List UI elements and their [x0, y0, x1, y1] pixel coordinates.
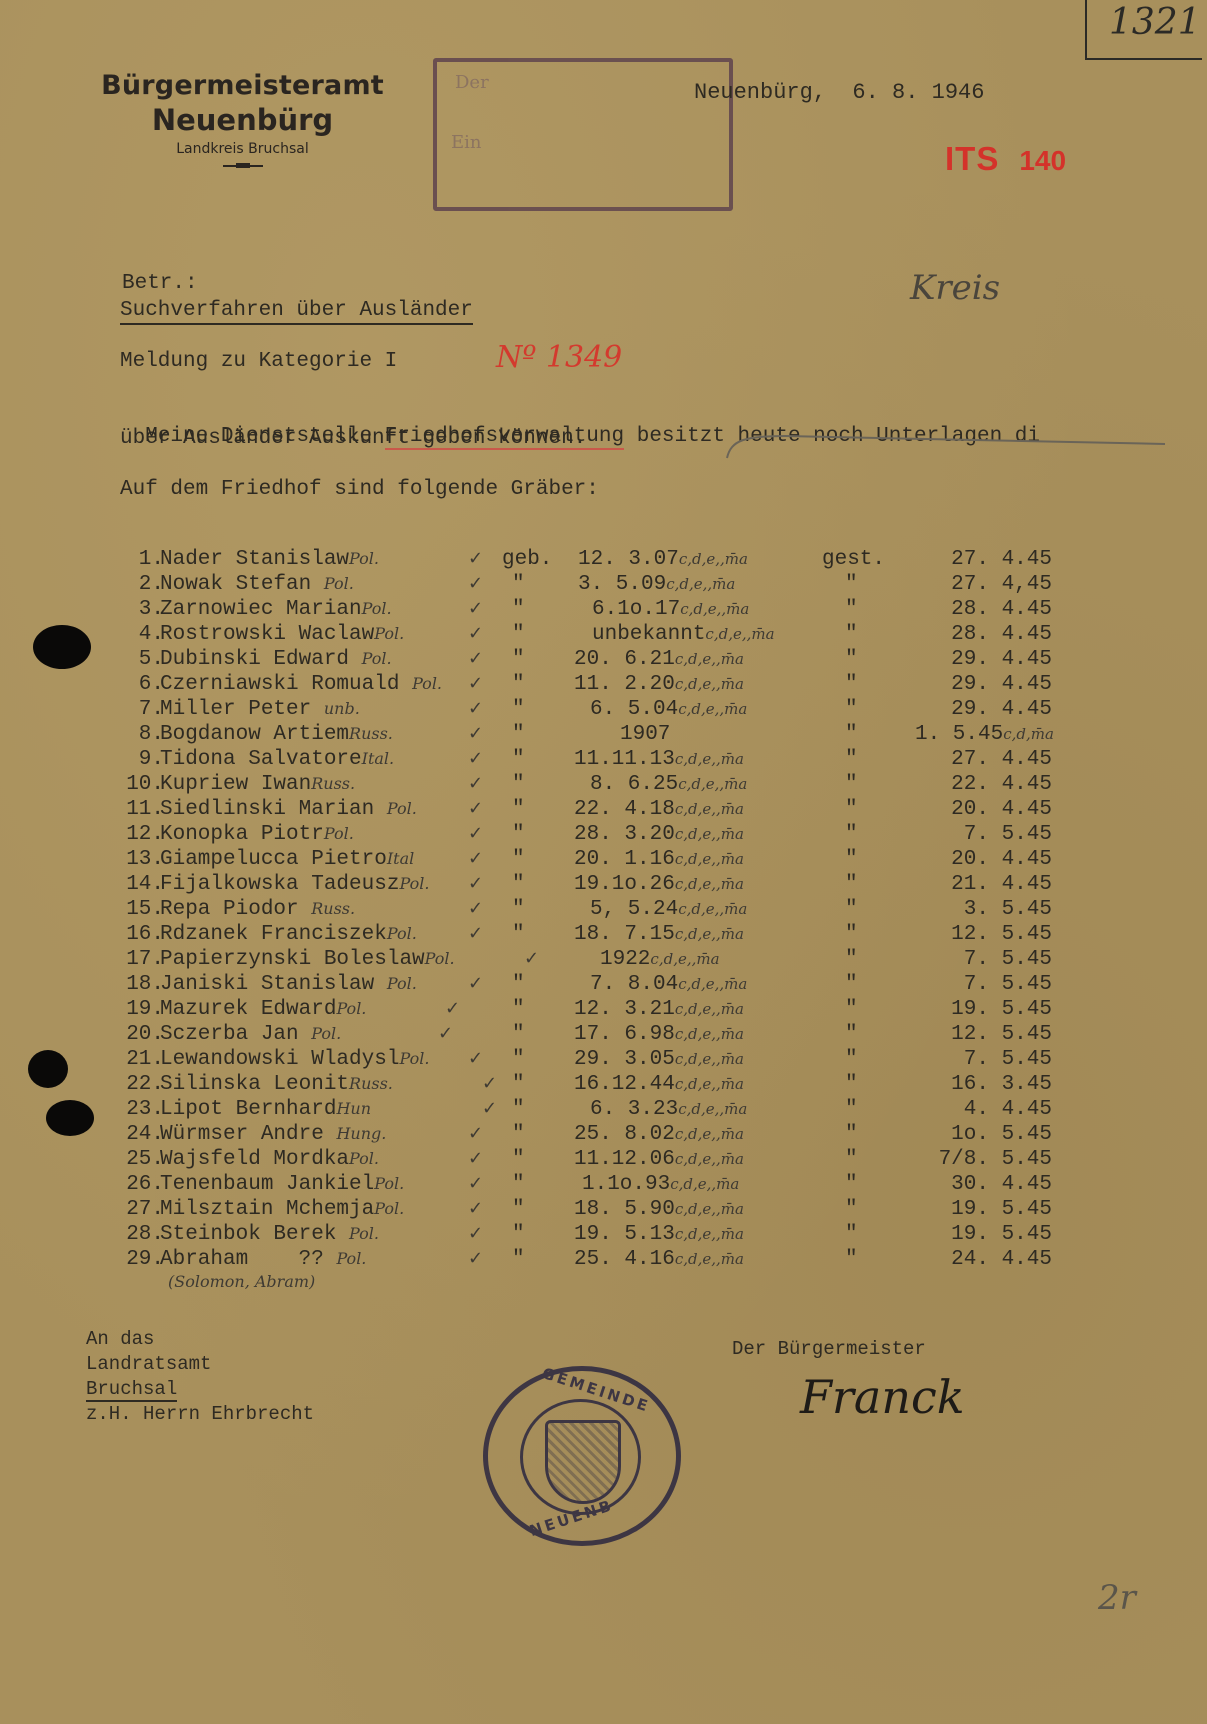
death-date: 21. 4.45: [951, 873, 1052, 896]
birth-date: 28. 3.20c,d,e,,m̄a: [574, 823, 744, 846]
grave-row: 23. Lipot BernhardHun ✓ " 6. 3.23c,d,e,,…: [0, 1098, 1207, 1123]
ditto-mark: ": [845, 973, 858, 996]
death-date: 29. 4.45: [951, 673, 1052, 696]
ditto-mark: ": [512, 748, 525, 771]
checkmark-icon: ✓: [468, 973, 483, 994]
nationality-note: Ital: [387, 849, 414, 868]
nationality-note: Pol.: [324, 574, 354, 593]
birth-date: 18. 7.15c,d,e,,m̄a: [574, 923, 744, 946]
birth-date: 1922c,d,e,,m̄a: [600, 948, 720, 971]
death-date: 12. 5.45: [951, 1023, 1052, 1046]
ditto-mark: ": [512, 998, 525, 1021]
its-label: ITS: [945, 140, 999, 177]
grave-row: 17. Papierzynski BoleslawPol. ✓ 1922c,d,…: [0, 948, 1207, 973]
birth-date: 12. 3.21c,d,e,,m̄a: [574, 998, 744, 1021]
grave-row: 29. Abraham ?? Pol. ✓ " 25. 4.16c,d,e,,m…: [0, 1248, 1207, 1273]
grave-number: 24.: [126, 1123, 164, 1146]
nationality-note: Pol.: [374, 1174, 404, 1193]
birth-date: 19.1o.26c,d,e,,m̄a: [574, 873, 744, 896]
grave-row: 22. Silinska LeonitRuss. ✓ " 16.12.44c,d…: [0, 1073, 1207, 1098]
birth-date: 22. 4.18c,d,e,,m̄a: [574, 798, 744, 821]
ditto-mark: ": [512, 973, 525, 996]
death-date: 28. 4.45: [951, 598, 1052, 621]
nationality-note: Pol.: [349, 549, 379, 568]
birth-date: 7. 8.04c,d,e,,m̄a: [590, 973, 747, 996]
birth-date: 12. 3.07c,d,e,,m̄a: [578, 548, 748, 571]
subject-label: Betr.:: [122, 272, 198, 295]
birth-date: 3. 5.09c,d,e,,m̄a: [578, 573, 735, 596]
nationality-note: Pol.: [311, 1024, 341, 1043]
death-date: 27. 4.45: [951, 748, 1052, 771]
ditto-mark: ": [845, 1048, 858, 1071]
grave-row: 2. Nowak Stefan Pol. ✓ " 3. 5.09c,d,e,,m…: [0, 573, 1207, 598]
nationality-note: Pol.: [324, 824, 354, 843]
grave-name: Steinbok Berek Pol.: [160, 1223, 379, 1246]
subject-title: Suchverfahren über Ausländer: [120, 299, 473, 325]
death-date: 27. 4.45: [951, 548, 1052, 571]
birth-date: 6. 5.04c,d,e,,m̄a: [590, 698, 747, 721]
ditto-mark: ": [845, 998, 858, 1021]
grave-number: 15.: [126, 898, 164, 921]
ditto-mark: ": [512, 1223, 525, 1246]
grave-name: Repa Piodor Russ.: [160, 898, 355, 921]
checkmark-icon: ✓: [468, 748, 483, 769]
birth-date: 17. 6.98c,d,e,,m̄a: [574, 1023, 744, 1046]
checkmark-icon: ✓: [445, 998, 460, 1019]
checkmark-icon: ✓: [468, 1198, 483, 1219]
birth-date: unbekanntc,d,e,,m̄a: [592, 623, 775, 646]
grave-row: 4. Rostrowski WaclawPol. ✓ " unbekanntc,…: [0, 623, 1207, 648]
birth-date: 16.12.44c,d,e,,m̄a: [574, 1073, 744, 1096]
addressee-line-1: An das: [86, 1328, 154, 1350]
ditto-mark: ": [512, 823, 525, 846]
ditto-mark: ": [845, 823, 858, 846]
ditto-mark: ": [512, 673, 525, 696]
grave-number: 16.: [126, 923, 164, 946]
nationality-note: Pol.: [374, 624, 404, 643]
ditto-mark: ": [512, 1148, 525, 1171]
grave-number: 17.: [126, 948, 164, 971]
born-label: geb.: [502, 548, 552, 571]
signature-title: Der Bürgermeister: [732, 1338, 926, 1360]
ditto-mark: ": [845, 1073, 858, 1096]
addressee-line-4: z.H. Herrn Ehrbrecht: [86, 1403, 314, 1425]
death-date: 19. 5.45: [951, 998, 1052, 1021]
death-date: 22. 4.45: [951, 773, 1052, 796]
grave-number: 10.: [126, 773, 164, 796]
grave-number: 27.: [126, 1198, 164, 1221]
ditto-mark: ": [845, 673, 858, 696]
checkmark-icon: ✓: [468, 1123, 483, 1144]
nationality-note: Hung.: [336, 1124, 386, 1143]
nationality-note: Pol.: [387, 799, 417, 818]
ditto-mark: ": [845, 598, 858, 621]
ditto-mark: ": [845, 848, 858, 871]
ditto-mark: ": [512, 1048, 525, 1071]
grave-number: 19.: [126, 998, 164, 1021]
ditto-mark: ": [845, 1198, 858, 1221]
birth-date: 25. 8.02c,d,e,,m̄a: [574, 1123, 744, 1146]
death-date: 19. 5.45: [951, 1198, 1052, 1221]
ditto-mark: ": [845, 923, 858, 946]
ditto-mark: ": [512, 1098, 525, 1121]
ditto-mark: ": [845, 898, 858, 921]
ditto-mark: ": [512, 798, 525, 821]
grave-name: Czerniawski Romuald Pol.: [160, 673, 442, 696]
pencil-stroke: [725, 430, 1175, 460]
ditto-mark: ": [845, 698, 858, 721]
grave-name: Konopka PiotrPol.: [160, 823, 354, 846]
ditto-mark: ": [512, 1123, 525, 1146]
checkmark-icon: ✓: [468, 1223, 483, 1244]
nationality-note: Pol.: [362, 599, 392, 618]
birth-date: 20. 1.16c,d,e,,m̄a: [574, 848, 744, 871]
ditto-mark: ": [512, 1173, 525, 1196]
archive-number: 1321: [1109, 2, 1201, 43]
ditto-mark: ": [845, 1248, 858, 1271]
ditto-mark: ": [512, 623, 525, 646]
checkmark-icon: ✓: [438, 1023, 453, 1044]
checkmark-icon: ✓: [468, 623, 483, 644]
ditto-mark: ": [845, 748, 858, 771]
death-date: 3. 5.45: [964, 898, 1052, 921]
ditto-mark: ": [512, 898, 525, 921]
died-label: gest.: [822, 548, 885, 571]
grave-row: 7. Miller Peter unb. ✓ " 6. 5.04c,d,e,,m…: [0, 698, 1207, 723]
checkmark-icon: ✓: [468, 1048, 483, 1069]
death-date: 16. 3.45: [951, 1073, 1052, 1096]
grave-name: Kupriew IwanRuss.: [160, 773, 355, 796]
checkmark-icon: ✓: [468, 848, 483, 869]
grave-name: Dubinski Edward Pol.: [160, 648, 392, 671]
death-date: 27. 4,45: [951, 573, 1052, 596]
ditto-mark: ": [845, 723, 858, 746]
ditto-mark: ": [512, 773, 525, 796]
grave-row: 5. Dubinski Edward Pol. ✓ " 20. 6.21c,d,…: [0, 648, 1207, 673]
ditto-mark: ": [845, 1098, 858, 1121]
checkmark-icon: ✓: [468, 548, 483, 569]
grave-name: Würmser Andre Hung.: [160, 1123, 386, 1146]
grave-29-handwritten-note: (Solomon, Abram): [168, 1272, 315, 1291]
death-date: 19. 5.45: [951, 1223, 1052, 1246]
grave-row: 26. Tenenbaum JankielPol. ✓ " 1.1o.93c,d…: [0, 1173, 1207, 1198]
birth-date: 1907: [620, 723, 670, 746]
nationality-note: Pol.: [336, 1249, 366, 1268]
checkmark-icon: ✓: [468, 1148, 483, 1169]
nationality-note: Pol.: [362, 649, 392, 668]
ditto-mark: ": [845, 798, 858, 821]
receipt-stamp: Der Ein: [433, 58, 733, 211]
grave-row: 19. Mazurek EdwardPol. ✓ " 12. 3.21c,d,e…: [0, 998, 1207, 1023]
ditto-mark: ": [512, 1248, 525, 1271]
coat-of-arms-icon: [545, 1420, 621, 1504]
nationality-note: Pol.: [399, 874, 429, 893]
ditto-mark: ": [512, 648, 525, 671]
letterhead: Bürgermeisteramt Neuenbürg Landkreis Bru…: [100, 70, 385, 167]
grave-name: Sczerba Jan Pol.: [160, 1023, 341, 1046]
grave-number: 13.: [126, 848, 164, 871]
checkmark-icon: ✓: [468, 898, 483, 919]
grave-name: Mazurek EdwardPol.: [160, 998, 366, 1021]
ditto-mark: ": [845, 573, 858, 596]
handwritten-kreis: Kreis: [910, 268, 1000, 308]
grave-row: 25. Wajsfeld MordkaPol. ✓ " 11.12.06c,d,…: [0, 1148, 1207, 1173]
birth-date: 11.11.13c,d,e,,m̄a: [574, 748, 744, 771]
birth-date: 5, 5.24c,d,e,,m̄a: [590, 898, 747, 921]
grave-row: 10. Kupriew IwanRuss. ✓ " 8. 6.25c,d,e,,…: [0, 773, 1207, 798]
grave-name: Lipot BernhardHun: [160, 1098, 371, 1121]
ditto-mark: ": [512, 723, 525, 746]
birth-date: 25. 4.16c,d,e,,m̄a: [574, 1248, 744, 1271]
checkmark-icon: ✓: [468, 573, 483, 594]
place-date: Neuenbürg, 6. 8. 1946: [694, 80, 984, 105]
grave-name: Wajsfeld MordkaPol.: [160, 1148, 379, 1171]
grave-name: Silinska LeonitRuss.: [160, 1073, 393, 1096]
death-date: 7/8. 5.45: [939, 1148, 1052, 1171]
birth-date: 20. 6.21c,d,e,,m̄a: [574, 648, 744, 671]
nationality-note: Pol.: [349, 1224, 379, 1243]
death-date: 30. 4.45: [951, 1173, 1052, 1196]
letterhead-district: Landkreis Bruchsal: [100, 141, 385, 157]
grave-name: Tenenbaum JankielPol.: [160, 1173, 404, 1196]
ditto-mark: ": [512, 848, 525, 871]
checkmark-icon: ✓: [482, 1098, 497, 1119]
nationality-note: unb.: [324, 699, 360, 718]
ditto-mark: ": [512, 923, 525, 946]
grave-name: Papierzynski BoleslawPol.: [160, 948, 455, 971]
grave-name: Nowak Stefan Pol.: [160, 573, 354, 596]
birth-date: 18. 5.90c,d,e,,m̄a: [574, 1198, 744, 1221]
birth-date: 11. 2.20c,d,e,,m̄a: [574, 673, 744, 696]
ditto-mark: ": [845, 1023, 858, 1046]
graves-intro: Auf dem Friedhof sind folgende Gräber:: [120, 478, 599, 501]
death-date: 29. 4.45: [951, 698, 1052, 721]
grave-row: 15. Repa Piodor Russ. ✓ " 5, 5.24c,d,e,,…: [0, 898, 1207, 923]
checkmark-icon: ✓: [524, 948, 539, 969]
grave-row: 18. Janiski Stanislaw Pol. ✓ " 7. 8.04c,…: [0, 973, 1207, 998]
ditto-mark: ": [512, 1198, 525, 1221]
ditto-mark: ": [845, 1148, 858, 1171]
grave-row: 8. Bogdanow ArtiemRuss. ✓ " 1907 " 1. 5.…: [0, 723, 1207, 748]
grave-row: 20. Sczerba Jan Pol. ✓ " 17. 6.98c,d,e,,…: [0, 1023, 1207, 1048]
grave-name: Fijalkowska TadeuszPol.: [160, 873, 429, 896]
grave-name: Zarnowiec MarianPol.: [160, 598, 392, 621]
grave-row: 27. Milsztain MchemjaPol. ✓ " 18. 5.90c,…: [0, 1198, 1207, 1223]
nationality-note: Ital.: [362, 749, 395, 768]
grave-name: Rdzanek FranciszekPol.: [160, 923, 417, 946]
grave-number: 18.: [126, 973, 164, 996]
grave-name: Abraham ?? Pol.: [160, 1248, 366, 1271]
page-mark: 2r: [1098, 1578, 1136, 1618]
death-date: 7. 5.45: [964, 823, 1052, 846]
nationality-note: Russ.: [311, 899, 355, 918]
grave-row: 9. Tidona SalvatoreItal. ✓ " 11.11.13c,d…: [0, 748, 1207, 773]
nationality-note: Pol.: [425, 949, 455, 968]
nationality-note: Pol.: [412, 674, 442, 693]
death-date: 29. 4.45: [951, 648, 1052, 671]
checkmark-icon: ✓: [468, 673, 483, 694]
grave-number: 12.: [126, 823, 164, 846]
checkmark-icon: ✓: [468, 873, 483, 894]
grave-name: Rostrowski WaclawPol.: [160, 623, 404, 646]
grave-row: 14. Fijalkowska TadeuszPol. ✓ " 19.1o.26…: [0, 873, 1207, 898]
death-date: 20. 4.45: [951, 798, 1052, 821]
letterhead-ornament: [223, 165, 263, 167]
ditto-mark: ": [845, 1173, 858, 1196]
category-line: Meldung zu Kategorie I: [120, 350, 397, 373]
checkmark-icon: ✓: [468, 773, 483, 794]
grave-name: Siedlinski Marian Pol.: [160, 798, 417, 821]
nationality-note: Hun: [336, 1099, 371, 1118]
nationality-note: Russ.: [349, 1074, 393, 1093]
birth-date: 19. 5.13c,d,e,,m̄a: [574, 1223, 744, 1246]
ditto-mark: ": [845, 623, 858, 646]
graves-list: 1. Nader StanislawPol. ✓ geb. 12. 3.07c,…: [0, 548, 1207, 1288]
grave-number: 21.: [126, 1048, 164, 1071]
grave-row: 3. Zarnowiec MarianPol. ✓ " 6.1o.17c,d,e…: [0, 598, 1207, 623]
ditto-mark: ": [512, 873, 525, 896]
nationality-note: Pol.: [387, 974, 417, 993]
grave-number: 11.: [126, 798, 164, 821]
birth-date: 11.12.06c,d,e,,m̄a: [574, 1148, 744, 1171]
death-date: 1. 5.45c,d,m̄a: [915, 723, 1054, 746]
grave-number: 14.: [126, 873, 164, 896]
grave-number: 29.: [126, 1248, 164, 1271]
letterhead-office: Bürgermeisteramt: [100, 70, 385, 101]
death-date: 7. 5.45: [964, 973, 1052, 996]
ditto-mark: ": [512, 598, 525, 621]
signature: Franck: [800, 1370, 965, 1424]
archive-number-box: 1321: [1085, 0, 1202, 60]
ditto-mark: ": [512, 698, 525, 721]
grave-row: 11. Siedlinski Marian Pol. ✓ " 22. 4.18c…: [0, 798, 1207, 823]
grave-row: 16. Rdzanek FranciszekPol. ✓ " 18. 7.15c…: [0, 923, 1207, 948]
grave-name: Tidona SalvatoreItal.: [160, 748, 394, 771]
grave-number: 20.: [126, 1023, 164, 1046]
grave-number: 25.: [126, 1148, 164, 1171]
grave-row: 6. Czerniawski Romuald Pol. ✓ " 11. 2.20…: [0, 673, 1207, 698]
nationality-note: Pol.: [387, 924, 417, 943]
seal-inner-ring: [520, 1399, 641, 1515]
grave-number: 23.: [126, 1098, 164, 1121]
handwritten-reference: Nº 1349: [496, 340, 622, 375]
ditto-mark: ": [845, 648, 858, 671]
its-number: 140: [1019, 145, 1066, 176]
grave-row: 24. Würmser Andre Hung. ✓ " 25. 8.02c,d,…: [0, 1123, 1207, 1148]
municipal-seal: GEMEINDE NEUENB: [483, 1366, 681, 1546]
birth-date: 6.1o.17c,d,e,,m̄a: [592, 598, 749, 621]
death-date: 24. 4.45: [951, 1248, 1052, 1271]
grave-row: 28. Steinbok Berek Pol. ✓ " 19. 5.13c,d,…: [0, 1223, 1207, 1248]
birth-date: 29. 3.05c,d,e,,m̄a: [574, 1048, 744, 1071]
grave-name: Milsztain MchemjaPol.: [160, 1198, 404, 1221]
receipt-stamp-line1: Der: [455, 72, 489, 93]
checkmark-icon: ✓: [468, 598, 483, 619]
grave-number: 22.: [126, 1073, 164, 1096]
grave-name: Nader StanislawPol.: [160, 548, 379, 571]
receipt-stamp-line2: Ein: [451, 132, 482, 153]
ditto-mark: ": [845, 773, 858, 796]
ditto-mark: ": [512, 1073, 525, 1096]
grave-name: Lewandowski WladyslPol.: [160, 1048, 429, 1071]
birth-date: 1.1o.93c,d,e,,m̄a: [582, 1173, 739, 1196]
grave-name: Bogdanow ArtiemRuss.: [160, 723, 393, 746]
ditto-mark: ": [845, 873, 858, 896]
grave-name: Janiski Stanislaw Pol.: [160, 973, 417, 996]
checkmark-icon: ✓: [468, 648, 483, 669]
ditto-mark: ": [512, 573, 525, 596]
nationality-note: Pol.: [336, 999, 366, 1018]
nationality-note: Pol.: [349, 1149, 379, 1168]
ditto-mark: ": [845, 948, 858, 971]
nationality-note: Pol.: [374, 1199, 404, 1218]
nationality-note: Russ.: [349, 724, 393, 743]
checkmark-icon: ✓: [468, 698, 483, 719]
body-line-2: über Ausländer Auskunft geben können.: [120, 427, 586, 450]
checkmark-icon: ✓: [468, 798, 483, 819]
letterhead-town: Neuenbürg: [100, 103, 385, 137]
grave-number: 28.: [126, 1223, 164, 1246]
nationality-note: Pol.: [399, 1049, 429, 1068]
nationality-note: Russ.: [311, 774, 355, 793]
checkmark-icon: ✓: [468, 723, 483, 744]
checkmark-icon: ✓: [468, 1173, 483, 1194]
grave-row: 1. Nader StanislawPol. ✓ geb. 12. 3.07c,…: [0, 548, 1207, 573]
death-date: 1o. 5.45: [951, 1123, 1052, 1146]
birth-date: 6. 3.23c,d,e,,m̄a: [590, 1098, 747, 1121]
birth-date: 8. 6.25c,d,e,,m̄a: [590, 773, 747, 796]
ditto-mark: ": [845, 1223, 858, 1246]
checkmark-icon: ✓: [468, 1248, 483, 1269]
death-date: 20. 4.45: [951, 848, 1052, 871]
death-date: 28. 4.45: [951, 623, 1052, 646]
grave-name: Giampelucca PietroItal: [160, 848, 414, 871]
grave-row: 21. Lewandowski WladyslPol. ✓ " 29. 3.05…: [0, 1048, 1207, 1073]
addressee-line-3: Bruchsal: [86, 1378, 177, 1402]
death-date: 7. 5.45: [964, 948, 1052, 971]
checkmark-icon: ✓: [468, 823, 483, 844]
death-date: 7. 5.45: [964, 1048, 1052, 1071]
grave-row: 13. Giampelucca PietroItal ✓ " 20. 1.16c…: [0, 848, 1207, 873]
its-stamp: ITS140: [945, 140, 1066, 178]
grave-name: Miller Peter unb.: [160, 698, 360, 721]
checkmark-icon: ✓: [468, 923, 483, 944]
ditto-mark: ": [845, 1123, 858, 1146]
checkmark-icon: ✓: [482, 1073, 497, 1094]
death-date: 4. 4.45: [964, 1098, 1052, 1121]
addressee-line-2: Landratsamt: [86, 1353, 211, 1375]
death-date: 12. 5.45: [951, 923, 1052, 946]
grave-row: 12. Konopka PiotrPol. ✓ " 28. 3.20c,d,e,…: [0, 823, 1207, 848]
ditto-mark: ": [512, 1023, 525, 1046]
grave-number: 26.: [126, 1173, 164, 1196]
